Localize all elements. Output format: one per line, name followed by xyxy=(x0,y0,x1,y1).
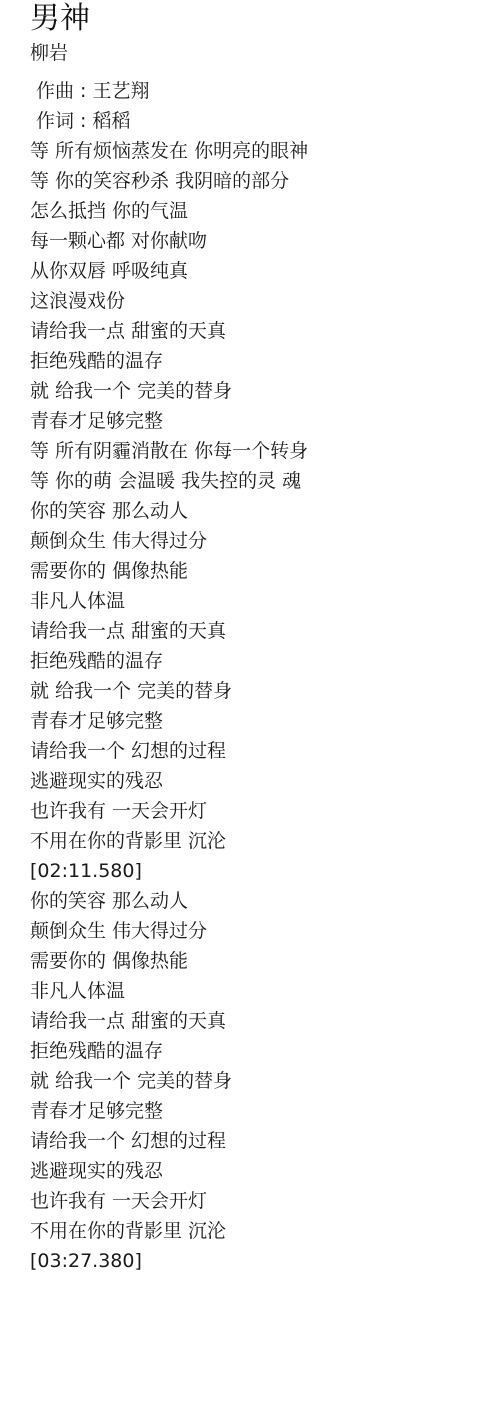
lyric-line: 颠倒众生 伟大得过分 xyxy=(30,526,500,556)
lyric-line: 等 你的萌 会温暖 我失控的灵 魂 xyxy=(30,466,500,496)
lyric-line: 请给我一个 幻想的过程 xyxy=(30,1126,500,1156)
lyric-line: 逃避现实的残忍 xyxy=(30,1156,500,1186)
credits: 作曲 : 王艺翔 作词 : 稻稻 xyxy=(30,76,500,136)
lyric-line: 请给我一个 幻想的过程 xyxy=(30,736,500,766)
lyricist-credit: 作词 : 稻稻 xyxy=(30,106,500,136)
lyric-line: 你的笑容 那么动人 xyxy=(30,886,500,916)
lyric-line: 从你双唇 呼吸纯真 xyxy=(30,256,500,286)
lyric-line: 逃避现实的残忍 xyxy=(30,766,500,796)
lyric-line: 颠倒众生 伟大得过分 xyxy=(30,916,500,946)
lyric-line: 这浪漫戏份 xyxy=(30,286,500,316)
lyric-line: 请给我一点 甜蜜的天真 xyxy=(30,316,500,346)
lyric-line: 需要你的 偶像热能 xyxy=(30,556,500,586)
lyric-line: 怎么抵挡 你的气温 xyxy=(30,196,500,226)
lyric-line: 拒绝残酷的温存 xyxy=(30,1036,500,1066)
lyric-line: 也许我有 一天会开灯 xyxy=(30,796,500,826)
timestamp-line: [02:11.580] xyxy=(30,856,500,886)
lyric-line: 等 所有烦恼蒸发在 你明亮的眼神 xyxy=(30,136,500,166)
lyric-line: 你的笑容 那么动人 xyxy=(30,496,500,526)
lyric-line: 青春才足够完整 xyxy=(30,406,500,436)
lyric-line: 非凡人体温 xyxy=(30,586,500,616)
composer-credit: 作曲 : 王艺翔 xyxy=(30,76,500,106)
song-title: 男神 xyxy=(30,0,500,38)
lyric-line: 青春才足够完整 xyxy=(30,706,500,736)
timestamp-line: [03:27.380] xyxy=(30,1246,500,1276)
artist-name: 柳岩 xyxy=(30,38,500,68)
lyric-line: 就 给我一个 完美的替身 xyxy=(30,376,500,406)
lyric-line: 就 给我一个 完美的替身 xyxy=(30,676,500,706)
lyric-line: 拒绝残酷的温存 xyxy=(30,346,500,376)
lyric-line: 每一颗心都 对你献吻 xyxy=(30,226,500,256)
lyric-line: 不用在你的背影里 沉沦 xyxy=(30,1216,500,1246)
lyric-line: 请给我一点 甜蜜的天真 xyxy=(30,616,500,646)
lyric-line: 请给我一点 甜蜜的天真 xyxy=(30,1006,500,1036)
lyric-line: 就 给我一个 完美的替身 xyxy=(30,1066,500,1096)
lyrics-page: 男神 柳岩 作曲 : 王艺翔 作词 : 稻稻 等 所有烦恼蒸发在 你明亮的眼神等… xyxy=(0,0,500,1276)
lyric-line: 拒绝残酷的温存 xyxy=(30,646,500,676)
lyric-line: 不用在你的背影里 沉沦 xyxy=(30,826,500,856)
lyric-line: 也许我有 一天会开灯 xyxy=(30,1186,500,1216)
lyric-line: 等 你的笑容秒杀 我阴暗的部分 xyxy=(30,166,500,196)
lyric-line: 非凡人体温 xyxy=(30,976,500,1006)
lyric-line: 需要你的 偶像热能 xyxy=(30,946,500,976)
lyric-line: 等 所有阴霾消散在 你每一个转身 xyxy=(30,436,500,466)
lyrics-list: 等 所有烦恼蒸发在 你明亮的眼神等 你的笑容秒杀 我阴暗的部分怎么抵挡 你的气温… xyxy=(30,136,500,1276)
lyric-line: 青春才足够完整 xyxy=(30,1096,500,1126)
